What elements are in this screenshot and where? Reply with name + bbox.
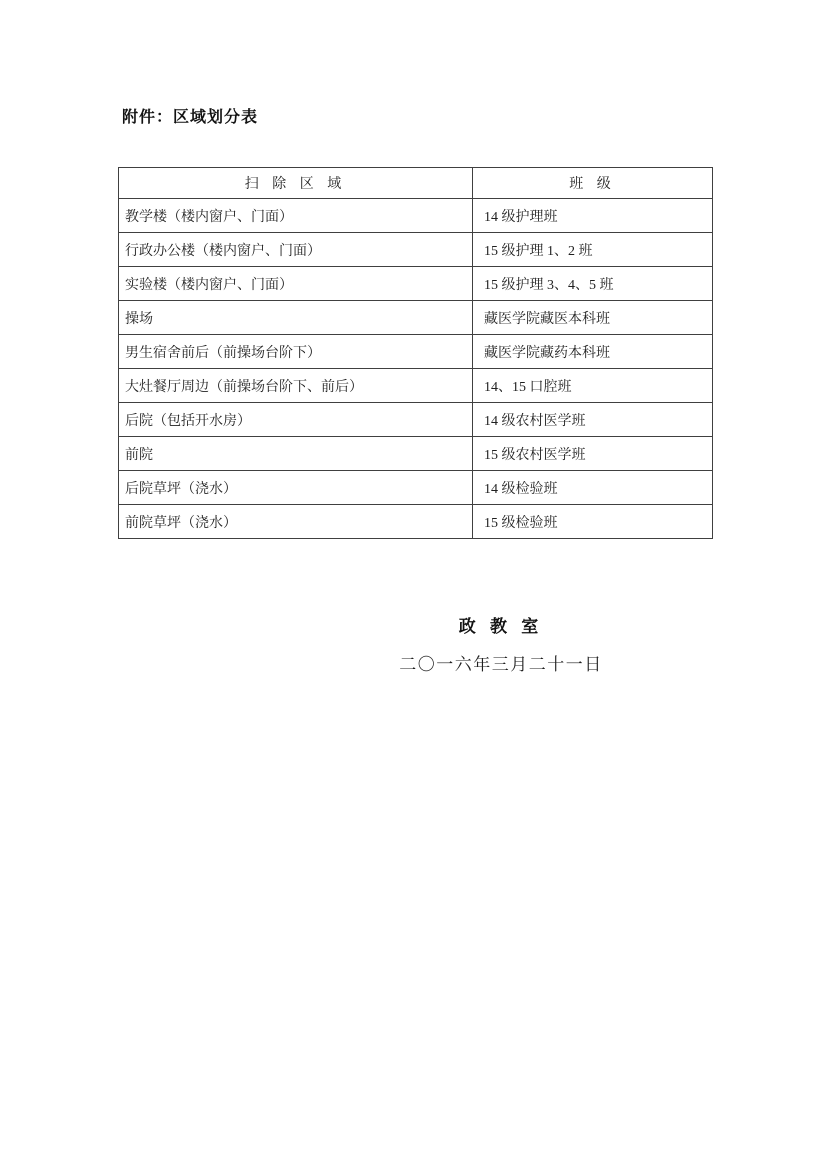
area-cell: 前院草坪（浇水） xyxy=(119,505,473,539)
page-title: 附件：区域划分表 xyxy=(122,104,258,127)
signature-date: 二〇一六年三月二十一日 xyxy=(396,650,606,675)
class-cell: 15 级检验班 xyxy=(473,505,713,539)
table-row: 前院 15 级农村医学班 xyxy=(119,437,713,471)
area-cell: 后院（包括开水房） xyxy=(119,403,473,437)
header-cell-class: 班 级 xyxy=(473,168,713,199)
signature-block: 政 教 室 二〇一六年三月二十一日 xyxy=(396,612,606,675)
area-cell: 操场 xyxy=(119,301,473,335)
document-page: 附件：区域划分表 扫 除 区 域 班 级 教学楼（楼内窗户、门面） 14 级护理… xyxy=(0,0,826,1169)
area-division-table: 扫 除 区 域 班 级 教学楼（楼内窗户、门面） 14 级护理班 行政办公楼（楼… xyxy=(118,167,713,539)
area-cell: 前院 xyxy=(119,437,473,471)
header-row: 扫 除 区 域 班 级 xyxy=(119,168,713,199)
table-row: 后院草坪（浇水） 14 级检验班 xyxy=(119,471,713,505)
table-row: 教学楼（楼内窗户、门面） 14 级护理班 xyxy=(119,199,713,233)
class-cell: 14 级农村医学班 xyxy=(473,403,713,437)
class-cell: 15 级护理 3、4、5 班 xyxy=(473,267,713,301)
class-cell: 藏医学院藏药本科班 xyxy=(473,335,713,369)
class-cell: 15 级农村医学班 xyxy=(473,437,713,471)
table-row: 行政办公楼（楼内窗户、门面） 15 级护理 1、2 班 xyxy=(119,233,713,267)
area-cell: 教学楼（楼内窗户、门面） xyxy=(119,199,473,233)
table-row: 实验楼（楼内窗户、门面） 15 级护理 3、4、5 班 xyxy=(119,267,713,301)
area-cell: 行政办公楼（楼内窗户、门面） xyxy=(119,233,473,267)
area-cell: 男生宿舍前后（前操场台阶下） xyxy=(119,335,473,369)
table-row: 前院草坪（浇水） 15 级检验班 xyxy=(119,505,713,539)
class-cell: 14 级检验班 xyxy=(473,471,713,505)
table-header: 扫 除 区 域 班 级 xyxy=(119,168,713,199)
class-cell: 藏医学院藏医本科班 xyxy=(473,301,713,335)
table-row: 操场 藏医学院藏医本科班 xyxy=(119,301,713,335)
table-body: 教学楼（楼内窗户、门面） 14 级护理班 行政办公楼（楼内窗户、门面） 15 级… xyxy=(119,199,713,539)
table-row: 男生宿舍前后（前操场台阶下） 藏医学院藏药本科班 xyxy=(119,335,713,369)
table-row: 后院（包括开水房） 14 级农村医学班 xyxy=(119,403,713,437)
signature-department: 政 教 室 xyxy=(396,612,606,637)
area-cell: 大灶餐厅周边（前操场台阶下、前后） xyxy=(119,369,473,403)
class-cell: 15 级护理 1、2 班 xyxy=(473,233,713,267)
header-cell-area: 扫 除 区 域 xyxy=(119,168,473,199)
class-cell: 14 级护理班 xyxy=(473,199,713,233)
class-cell: 14、15 口腔班 xyxy=(473,369,713,403)
area-cell: 后院草坪（浇水） xyxy=(119,471,473,505)
table-row: 大灶餐厅周边（前操场台阶下、前后） 14、15 口腔班 xyxy=(119,369,713,403)
area-cell: 实验楼（楼内窗户、门面） xyxy=(119,267,473,301)
